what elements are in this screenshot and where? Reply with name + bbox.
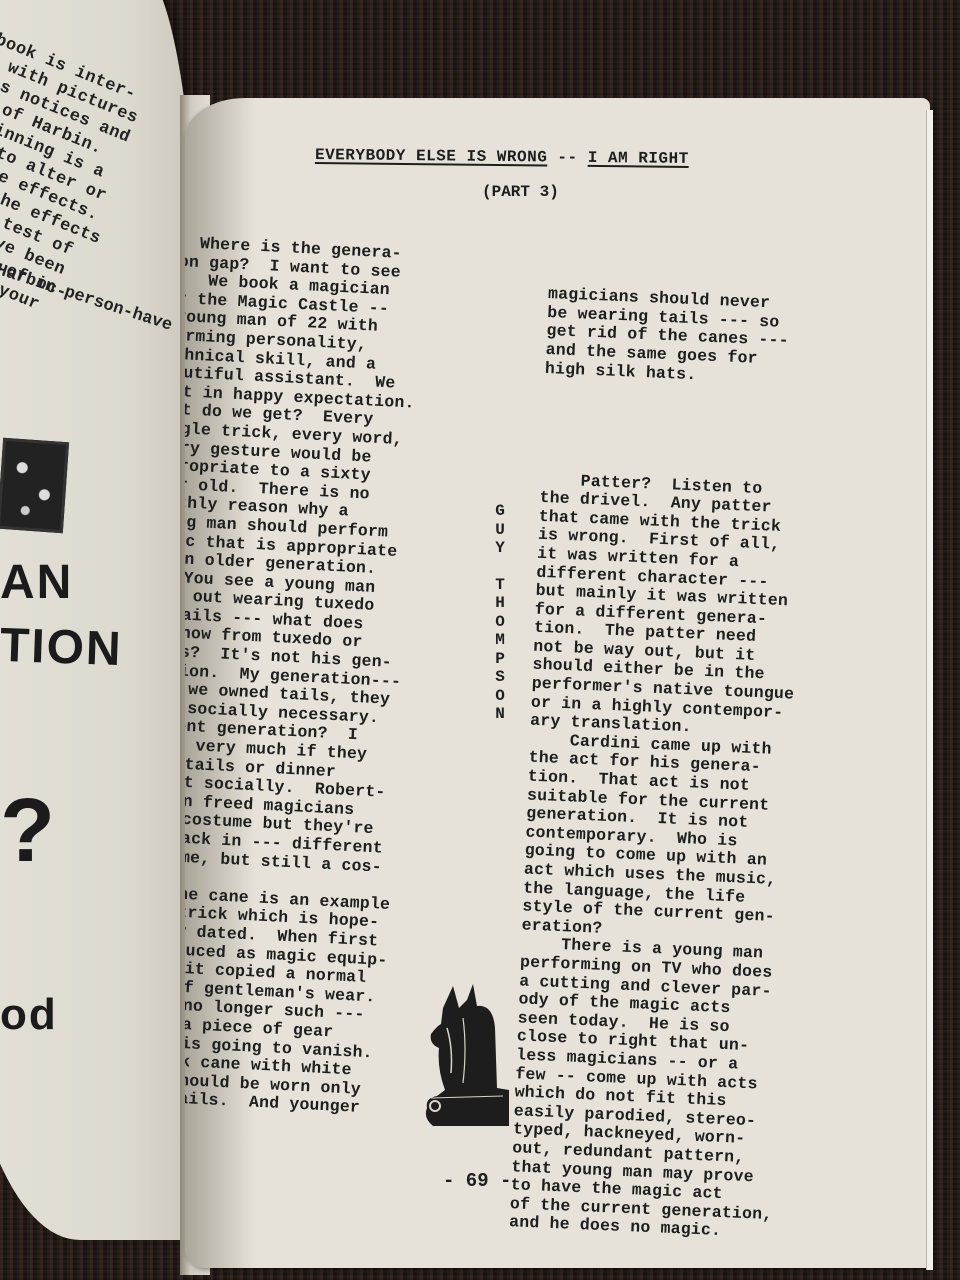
text-column-right: magicians should neverbe wearing tails -…: [507, 248, 812, 1268]
text-column-left: Where is the genera-tion gap? I want to …: [185, 233, 422, 1119]
author-byline-vertical: GUYTHOMPSON: [490, 502, 510, 724]
page-stack-edge: [926, 110, 933, 1270]
byline-letter: G: [490, 502, 510, 521]
right-page: EVERYBODY ELSE IS WRONG -- I AM RIGHT (P…: [185, 98, 930, 1268]
byline-letter: U: [490, 521, 510, 540]
title-separator: --: [547, 148, 588, 166]
byline-letter: S: [490, 668, 510, 687]
title-part-2: I AM RIGHT: [588, 149, 689, 168]
page-number: - 69 -: [443, 1170, 511, 1192]
byline-letter: O: [490, 687, 510, 706]
display-question-mark: ?: [0, 780, 57, 883]
gargoyle-illustration-icon: [423, 978, 509, 1128]
byline-letter: T: [490, 576, 510, 595]
byline-letter: M: [490, 631, 510, 650]
title-part-1: EVERYBODY ELSE IS WRONG: [315, 146, 548, 166]
byline-letter: N: [490, 705, 510, 724]
display-word: AN: [0, 555, 73, 610]
byline-letter: Y: [490, 539, 510, 558]
ornament-icon: [0, 438, 69, 533]
display-word: od: [0, 990, 58, 1040]
article-title: EVERYBODY ELSE IS WRONG -- I AM RIGHT: [315, 146, 689, 168]
byline-letter: O: [490, 613, 510, 632]
left-page: book is inter-d with picturesess notices…: [0, 0, 200, 1240]
byline-letter: H: [490, 594, 510, 613]
article-subtitle: (PART 3): [482, 183, 559, 201]
display-word: TION: [0, 618, 124, 677]
byline-letter: P: [490, 650, 510, 669]
byline-letter: [490, 558, 510, 576]
